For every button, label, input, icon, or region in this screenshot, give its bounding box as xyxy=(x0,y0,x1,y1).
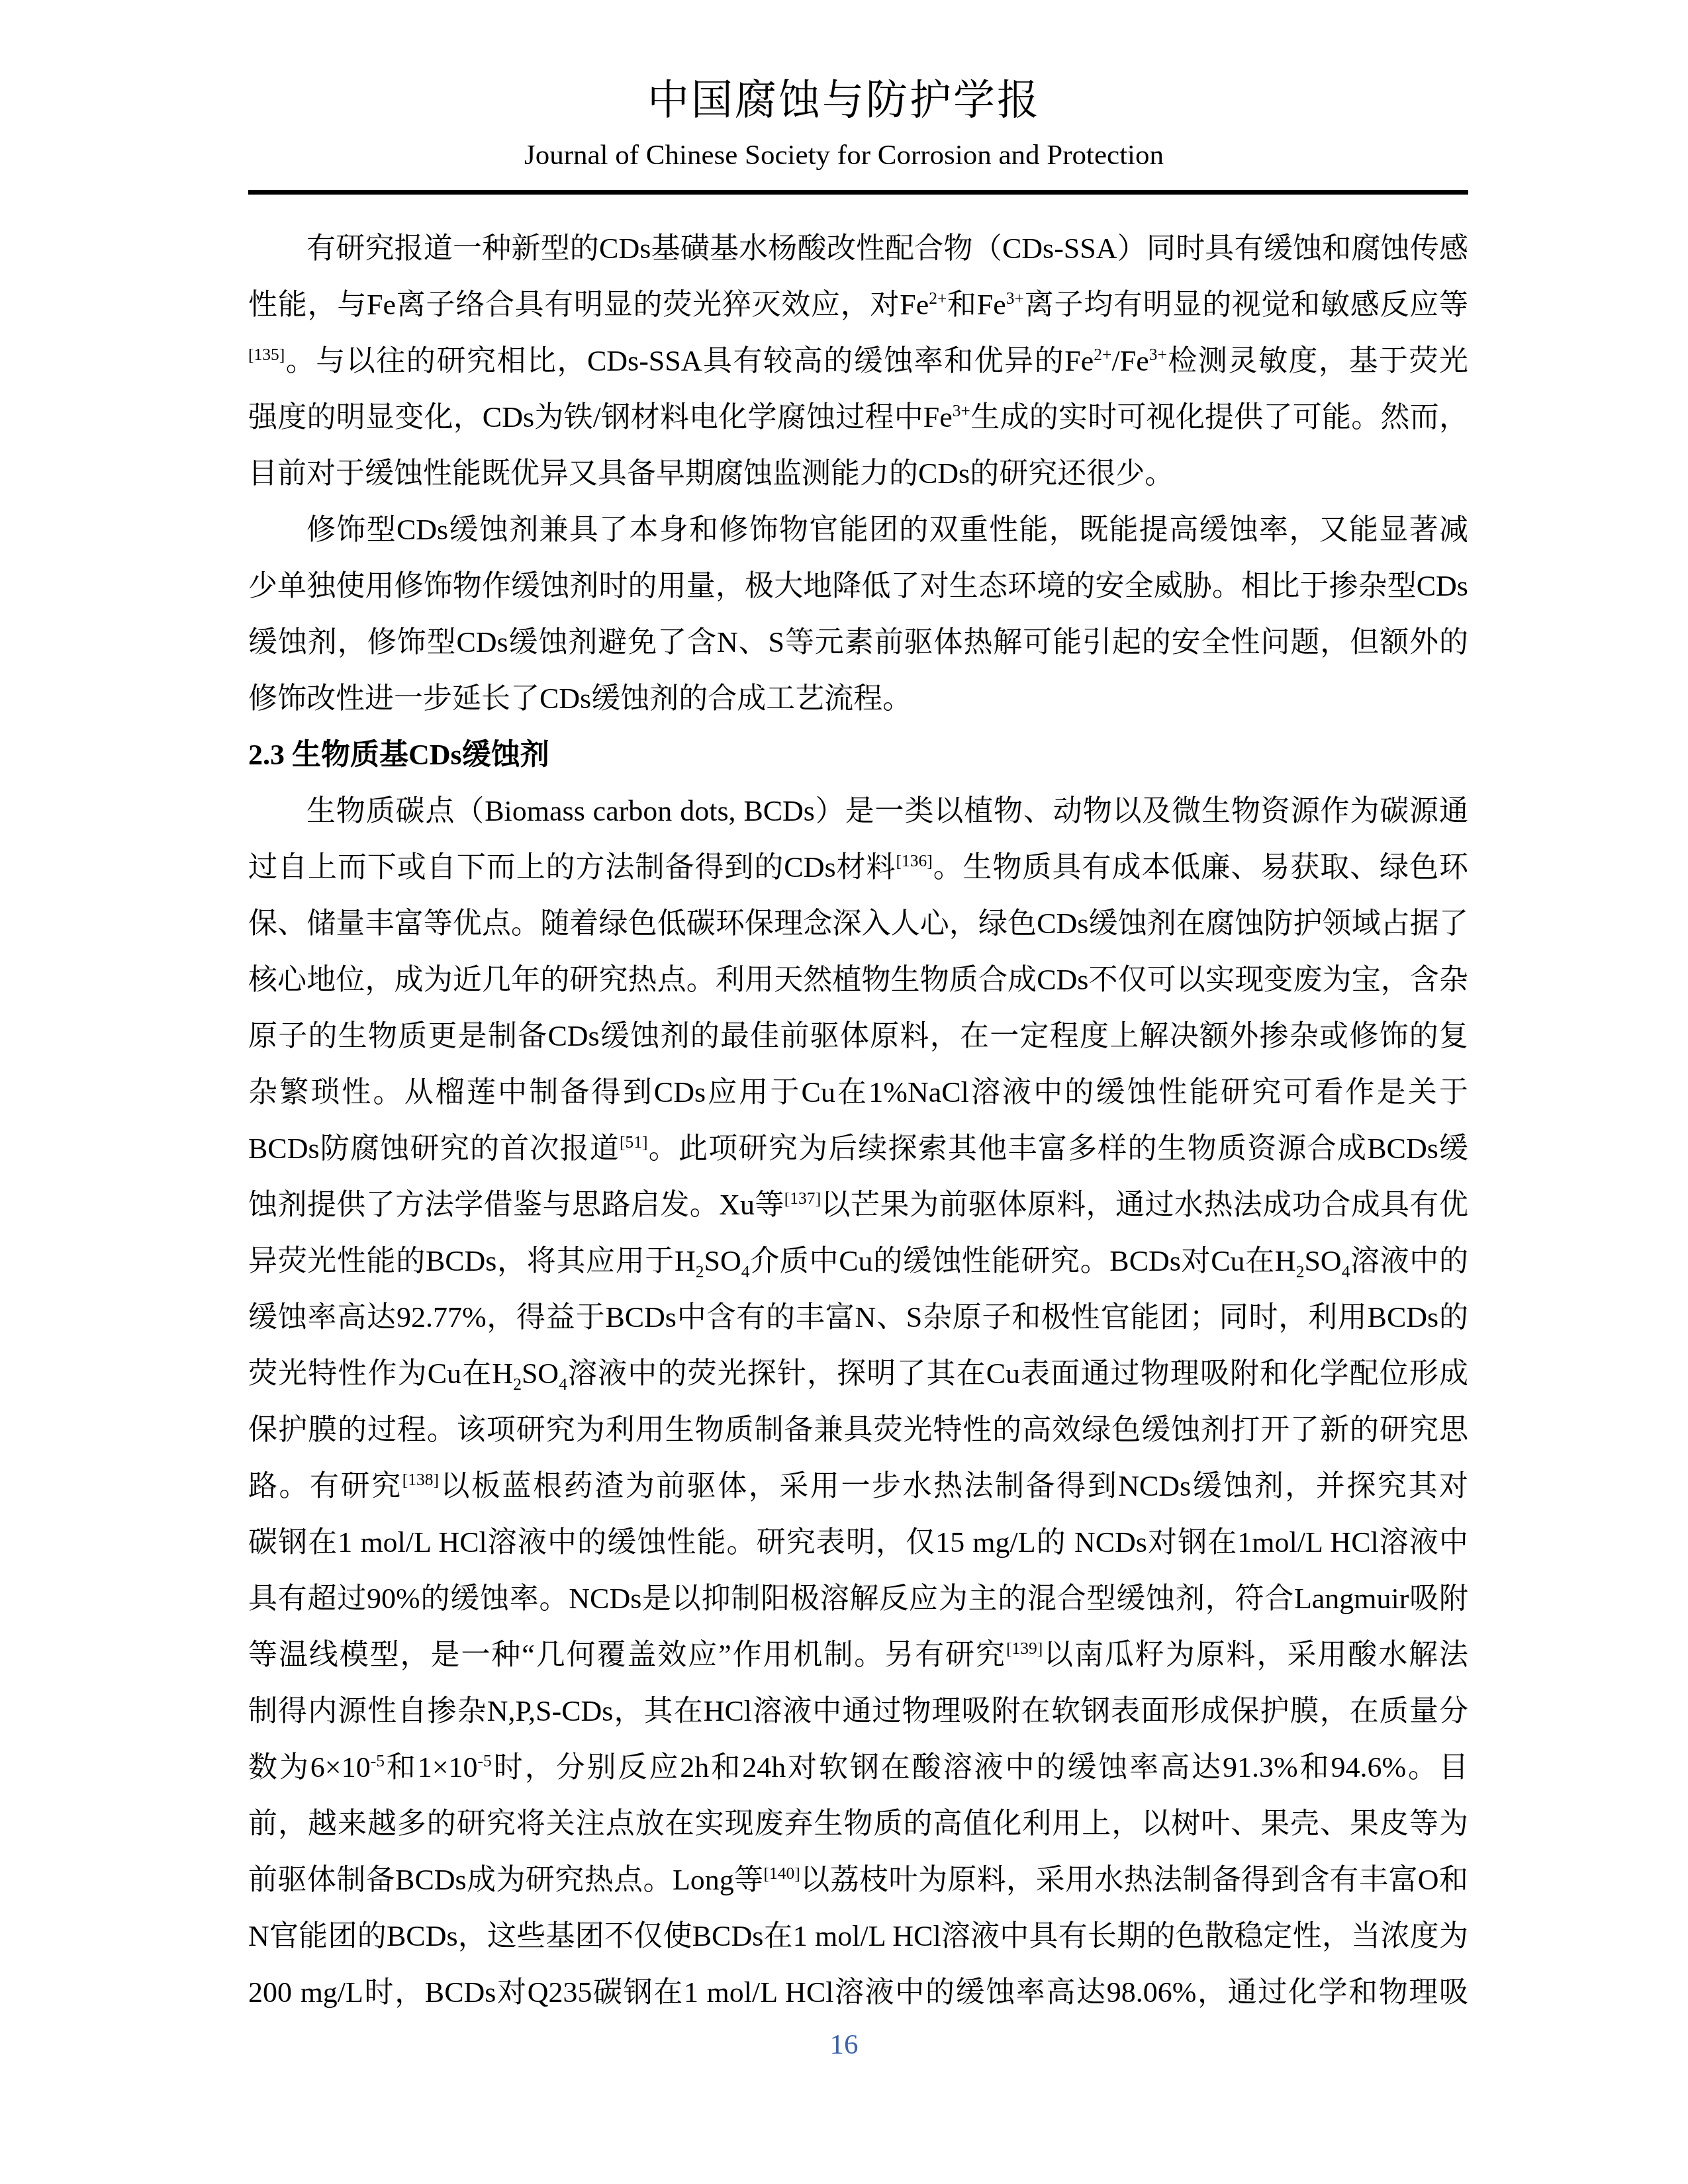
text-line: 目前对于缓蚀性能既优异又具备早期腐蚀监测能力的CDs的研究还很少。 xyxy=(248,445,1468,502)
text-line: 路。有研究[138]以板蓝根药渣为前驱体，采用一步水热法制备得到NCDs缓蚀剂，… xyxy=(248,1458,1468,1514)
text-line: 过自上而下或自下而上的方法制备得到的CDs材料[136]。生物质具有成本低廉、易… xyxy=(248,839,1468,895)
text-line: 前，越来越多的研究将关注点放在实现废弃生物质的高值化利用上，以树叶、果壳、果皮等… xyxy=(248,1796,1468,1852)
journal-title-en: Journal of Chinese Society for Corrosion… xyxy=(0,131,1688,180)
paragraph: 生物质碳点（Biomass carbon dots, BCDs）是一类以植物、动… xyxy=(248,783,1468,2021)
page-number: 16 xyxy=(0,2025,1688,2065)
text-line: 荧光特性作为Cu在H2SO4溶液中的荧光探针，探明了其在Cu表面通过物理吸附和化… xyxy=(248,1345,1468,1402)
text-line: 保护膜的过程。该项研究为利用生物质制备兼具荧光特性的高效绿色缓蚀剂打开了新的研究… xyxy=(248,1402,1468,1458)
text-line: 异荧光性能的BCDs，将其应用于H2SO4介质中Cu的缓蚀性能研究。BCDs对C… xyxy=(248,1233,1468,1289)
text-line: 修饰型CDs缓蚀剂兼具了本身和修饰物官能团的双重性能，既能提高缓蚀率，又能显著减 xyxy=(248,502,1468,558)
text-line: 数为6×10-5和1×10-5时，分别反应2h和24h对软钢在酸溶液中的缓蚀率高… xyxy=(248,1739,1468,1796)
text-line: 蚀剂提供了方法学借鉴与思路启发。Xu等[137]以芒果为前驱体原料，通过水热法成… xyxy=(248,1177,1468,1233)
text-line: 前驱体制备BCDs成为研究热点。Long等[140]以荔枝叶为原料，采用水热法制… xyxy=(248,1852,1468,1908)
journal-page: { "header": { "journal_title_zh": "中国腐蚀与… xyxy=(0,0,1688,2184)
text-line: 有研究报道一种新型的CDs基磺基水杨酸改性配合物（CDs-SSA）同时具有缓蚀和… xyxy=(248,220,1468,277)
header-divider-rule xyxy=(248,190,1468,195)
text-line: 缓蚀剂，修饰型CDs缓蚀剂避免了含N、S等元素前驱体热解可能引起的安全性问题，但… xyxy=(248,614,1468,670)
section-heading: 2.3 生物质基CDs缓蚀剂 xyxy=(248,727,1468,783)
text-line: N官能团的BCDs，这些基团不仅使BCDs在1 mol/L HCl溶液中具有长期… xyxy=(248,1908,1468,1964)
text-line: 核心地位，成为近几年的研究热点。利用天然植物生物质合成CDs不仅可以实现变废为宝… xyxy=(248,952,1468,1008)
page-header: 中国腐蚀与防护学报 Journal of Chinese Society for… xyxy=(0,69,1688,180)
text-line: 修饰改性进一步延长了CDs缓蚀剂的合成工艺流程。 xyxy=(248,670,1468,727)
text-line: 原子的生物质更是制备CDs缓蚀剂的最佳前驱体原料，在一定程度上解决额外掺杂或修饰… xyxy=(248,1008,1468,1064)
paragraph: 修饰型CDs缓蚀剂兼具了本身和修饰物官能团的双重性能，既能提高缓蚀率，又能显著减… xyxy=(248,502,1468,727)
paragraph: 有研究报道一种新型的CDs基磺基水杨酸改性配合物（CDs-SSA）同时具有缓蚀和… xyxy=(248,220,1468,502)
text-line: [135]。与以往的研究相比，CDs-SSA具有较高的缓蚀率和优异的Fe2+/F… xyxy=(248,333,1468,389)
text-line: 性能，与Fe离子络合具有明显的荧光猝灭效应，对Fe2+和Fe3+离子均有明显的视… xyxy=(248,277,1468,333)
text-line: 强度的明显变化，CDs为铁/钢材料电化学腐蚀过程中Fe3+生成的实时可视化提供了… xyxy=(248,389,1468,445)
text-line: 制得内源性自掺杂N,P,S-CDs，其在HCl溶液中通过物理吸附在软钢表面形成保… xyxy=(248,1683,1468,1739)
text-line: 杂繁琐性。从榴莲中制备得到CDs应用于Cu在1%NaCl溶液中的缓蚀性能研究可看… xyxy=(248,1064,1468,1120)
article-body: 有研究报道一种新型的CDs基磺基水杨酸改性配合物（CDs-SSA）同时具有缓蚀和… xyxy=(248,220,1468,2021)
text-line: 具有超过90%的缓蚀率。NCDs是以抑制阳极溶解反应为主的混合型缓蚀剂，符合La… xyxy=(248,1570,1468,1627)
text-line: 少单独使用修饰物作缓蚀剂时的用量，极大地降低了对生态环境的安全威胁。相比于掺杂型… xyxy=(248,558,1468,614)
text-line: 碳钢在1 mol/L HCl溶液中的缓蚀性能。研究表明，仅15 mg/L的 NC… xyxy=(248,1514,1468,1570)
text-line: 等温线模型，是一种“几何覆盖效应”作用机制。另有研究[139]以南瓜籽为原料，采… xyxy=(248,1627,1468,1683)
journal-title-zh: 中国腐蚀与防护学报 xyxy=(0,69,1688,131)
text-line: 200 mg/L时，BCDs对Q235碳钢在1 mol/L HCl溶液中的缓蚀率… xyxy=(248,1964,1468,2021)
text-line: 缓蚀率高达92.77%，得益于BCDs中含有的丰富N、S杂原子和极性官能团；同时… xyxy=(248,1289,1468,1345)
text-line: 生物质碳点（Biomass carbon dots, BCDs）是一类以植物、动… xyxy=(248,783,1468,839)
text-line: 保、储量丰富等优点。随着绿色低碳环保理念深入人心，绿色CDs缓蚀剂在腐蚀防护领域… xyxy=(248,895,1468,952)
text-line: BCDs防腐蚀研究的首次报道[51]。此项研究为后续探索其他丰富多样的生物质资源… xyxy=(248,1120,1468,1177)
